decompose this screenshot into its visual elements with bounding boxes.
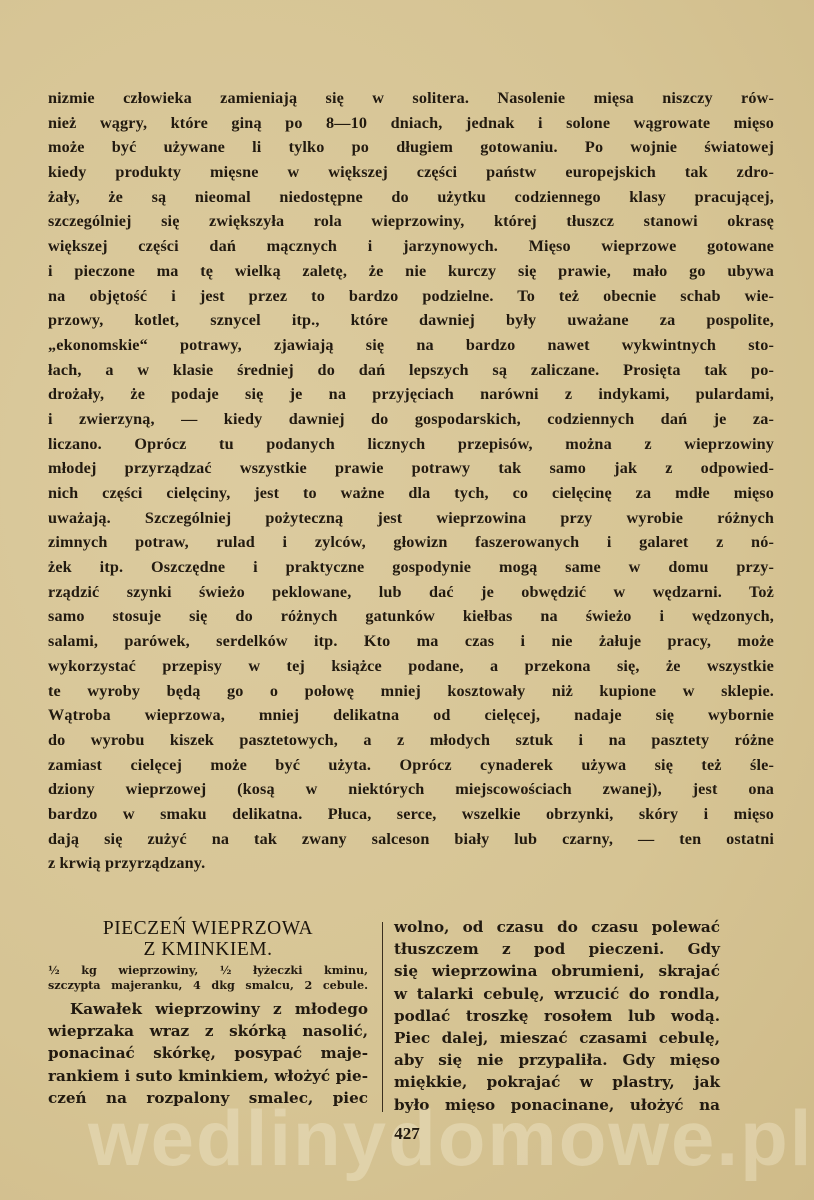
recipe-title-line-2: Z KMINKIEM.	[48, 939, 368, 960]
text-line: rządzić szynki świeżo peklowane, lub dać…	[48, 580, 774, 605]
recipe-line: ponacinać skórkę, posypać maje-	[48, 1042, 368, 1064]
text-line: zamiast cielęcej może być użyta. Oprócz …	[48, 753, 774, 778]
text-line: samo stosuje się do różnych gatunków kie…	[48, 604, 774, 629]
recipe-title: PIECZEŃ WIEPRZOWA Z KMINKIEM.	[48, 918, 368, 960]
ingredients-line: ½ kg wieprzowiny, ½ łyżeczki kminu,	[48, 963, 368, 978]
text-line: łach, a w klasie średniej do dań lepszyc…	[48, 358, 774, 383]
recipe-left-column: PIECZEŃ WIEPRZOWA Z KMINKIEM. ½ kg wiepr…	[48, 918, 368, 1109]
text-line: drożały, że podaje się je na przyjęciach…	[48, 382, 774, 407]
text-line: liczano. Oprócz tu podanych licznych prz…	[48, 432, 774, 457]
text-line: i zwierzyną, — kiedy dawniej do gospodar…	[48, 407, 774, 432]
recipe-line: Kawałek wieprzowiny z młodego	[48, 998, 368, 1020]
text-line: przowy, kotlet, sznycel itp., które dawn…	[48, 308, 774, 333]
recipe-line: czeń na rozpalony smalec, piec	[48, 1087, 368, 1109]
recipe-line: wolno, od czasu do czasu polewać	[394, 916, 720, 938]
recipe-line: było mięso ponacinane, ułożyć na	[394, 1094, 720, 1116]
column-divider	[382, 922, 383, 1112]
recipe-ingredients: ½ kg wieprzowiny, ½ łyżeczki kminu, szcz…	[48, 963, 368, 992]
recipe-line: się wieprzowina obrumieni, skrajać	[394, 960, 720, 982]
main-paragraph: nizmie człowieka zamieniają się w solite…	[48, 86, 774, 876]
text-line: nież wągry, które giną po 8—10 dniach, j…	[48, 111, 774, 136]
text-line: salami, parówek, serdelków itp. Kto ma c…	[48, 629, 774, 654]
text-line: te wyroby będą go o połowę mniej kosztow…	[48, 679, 774, 704]
recipe-line: aby się nie przypaliła. Gdy mięso	[394, 1049, 720, 1071]
text-line: dają się zużyć na tak zwany salceson bia…	[48, 827, 774, 852]
text-line: nich części cielęciny, jest to ważne dla…	[48, 481, 774, 506]
text-line: i pieczone ma tę wielką zaletę, że nie k…	[48, 259, 774, 284]
text-line: nizmie człowieka zamieniają się w solite…	[48, 86, 774, 111]
recipe-line: wieprzaka wraz z skórką nasolić,	[48, 1020, 368, 1042]
recipe-line: tłuszczem z pod pieczeni. Gdy	[394, 938, 720, 960]
text-line: wykorzystać przepisy w tej książce podan…	[48, 654, 774, 679]
text-line: żek itp. Oszczędne i praktyczne gospodyn…	[48, 555, 774, 580]
recipe-title-line-1: PIECZEŃ WIEPRZOWA	[48, 918, 368, 939]
text-line: większej części dań mącznych i jarzynowy…	[48, 234, 774, 259]
text-line: uważają. Szczególniej pożyteczną jest wi…	[48, 506, 774, 531]
text-line: kiedy produkty mięsne w większej części …	[48, 160, 774, 185]
text-line: bardzo w smaku delikatna. Płuca, serce, …	[48, 802, 774, 827]
recipe-line: rankiem i suto kminkiem, włożyć pie-	[48, 1065, 368, 1087]
recipe-line: w talarki cebulę, wrzucić do rondla,	[394, 983, 720, 1005]
recipe-line: Piec dalej, mieszać czasami cebulę,	[394, 1027, 720, 1049]
recipe-right-column: wolno, od czasu do czasu polewać tłuszcz…	[394, 916, 720, 1116]
text-line: szczególniej się zwiększyła rola wieprzo…	[48, 209, 774, 234]
text-line: na objętość i jest przez to bardzo podzi…	[48, 284, 774, 309]
recipe-line: podlać troszkę rosołem lub wodą.	[394, 1005, 720, 1027]
text-line: z krwią przyrządzany.	[48, 851, 774, 876]
text-line: Wątroba wieprzowa, mniej delikatna od ci…	[48, 703, 774, 728]
text-line: do wyrobu kiszek pasztetowych, a z młody…	[48, 728, 774, 753]
text-line: dziony wieprzowej (kosą w niektórych mie…	[48, 777, 774, 802]
text-line: zimnych potraw, rulad i zylców, głowizn …	[48, 530, 774, 555]
text-line: żały, że są nieomal niedostępne do użytk…	[48, 185, 774, 210]
text-line: może być używane li tylko po długiem got…	[48, 135, 774, 160]
recipe-instructions-left: Kawałek wieprzowiny z młodego wieprzaka …	[48, 998, 368, 1109]
text-line: „ekonomskie“ potrawy, zjawiają się na ba…	[48, 333, 774, 358]
page-number: 427	[0, 1124, 814, 1144]
ingredients-line: szczypta majeranku, 4 dkg smalcu, 2 cebu…	[48, 978, 368, 993]
recipe-line: miękkie, pokrajać w plastry, jak	[394, 1071, 720, 1093]
book-page: nizmie człowieka zamieniają się w solite…	[0, 0, 814, 1200]
text-line: młodej przyrządzać wszystkie prawie potr…	[48, 456, 774, 481]
